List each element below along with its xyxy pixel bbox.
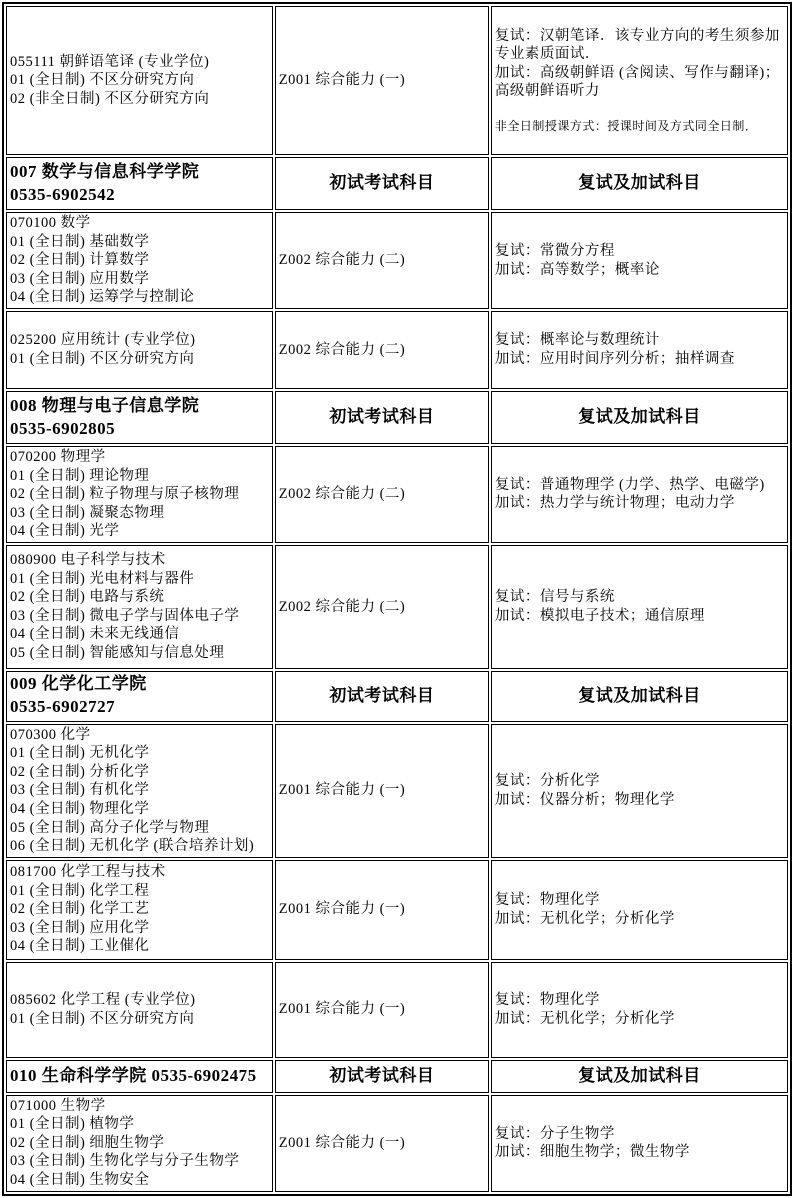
retest-cell: 复试：物理化学 加试：无机化学；分析化学: [491, 962, 788, 1058]
retest-cell: 复试：常微分方程 加试：高等数学；概率论: [491, 212, 788, 309]
exam-subject-cell: Z001 综合能力 (一): [275, 1095, 489, 1192]
program-cell: 070200 物理学 01 (全日制) 理论物理 02 (全日制) 粒子物理与原…: [6, 446, 273, 543]
retest-header-cell: 复试及加试科目: [491, 157, 788, 210]
exam-subject-cell: Z002 综合能力 (二): [275, 212, 489, 309]
college-name: 008 物理与电子信息学院: [10, 395, 269, 418]
retest-text: 复试：物理化学 加试：无机化学；分析化学: [495, 991, 784, 1028]
program-row: 025200 应用统计 (专业学位) 01 (全日制) 不区分研究方向 Z002…: [6, 311, 788, 389]
college-name: 007 数学与信息科学学院: [10, 161, 269, 184]
retest-cell: 复试：分子生物学 加试：细胞生物学；微生物学: [491, 1095, 788, 1192]
exam-subject-cell: Z002 综合能力 (二): [275, 545, 489, 669]
program-row: 055111 朝鲜语笔译 (专业学位) 01 (全日制) 不区分研究方向 02 …: [6, 6, 788, 155]
exam-subject-cell: Z001 综合能力 (一): [275, 860, 489, 960]
retest-text: 复试：汉朝笔译．该专业方向的考生须参加专业素质面试． 加试：高级朝鲜语 (含阅读…: [495, 27, 784, 101]
college-phone: 0535-6902542: [10, 184, 269, 207]
retest-text: 复试：普通物理学 (力学、热学、电磁学) 加试：热力学与统计物理；电动力学: [495, 476, 784, 513]
exam-subject-cell: Z002 综合能力 (二): [275, 446, 489, 543]
program-cell: 085602 化学工程 (专业学位) 01 (全日制) 不区分研究方向: [6, 962, 273, 1058]
retest-cell: 复试：分析化学 加试：仪器分析；物理化学: [491, 724, 788, 858]
exam-subject-cell: Z001 综合能力 (一): [275, 962, 489, 1058]
retest-header-cell: 复试及加试科目: [491, 671, 788, 722]
exam-header-cell: 初试考试科目: [275, 391, 489, 444]
program-cell: 025200 应用统计 (专业学位) 01 (全日制) 不区分研究方向: [6, 311, 273, 389]
retest-header-cell: 复试及加试科目: [491, 391, 788, 444]
program-cell: 070300 化学 01 (全日制) 无机化学 02 (全日制) 分析化学 03…: [6, 724, 273, 858]
retest-cell: 复试：信号与系统 加试：模拟电子技术；通信原理: [491, 545, 788, 669]
program-row: 070100 数学 01 (全日制) 基础数学 02 (全日制) 计算数学 03…: [6, 212, 788, 309]
retest-cell: 复试：物理化学 加试：无机化学；分析化学: [491, 860, 788, 960]
college-cell: 008 物理与电子信息学院 0535-6902805: [6, 391, 273, 444]
program-row: 070200 物理学 01 (全日制) 理论物理 02 (全日制) 粒子物理与原…: [6, 446, 788, 543]
program-cell: 081700 化学工程与技术 01 (全日制) 化学工程 02 (全日制) 化学…: [6, 860, 273, 960]
college-phone: 0535-6902727: [10, 696, 269, 719]
exam-header-cell: 初试考试科目: [275, 671, 489, 722]
college-phone: 0535-6902805: [10, 418, 269, 441]
retest-cell: 复试：普通物理学 (力学、热学、电磁学) 加试：热力学与统计物理；电动力学: [491, 446, 788, 543]
retest-text: 复试：信号与系统 加试：模拟电子技术；通信原理: [495, 588, 784, 625]
college-name: 010 生命科学学院 0535-6902475: [10, 1065, 269, 1088]
retest-note: 非全日制授课方式：授课时间及方式同全日制．: [495, 119, 784, 134]
college-cell: 007 数学与信息科学学院 0535-6902542: [6, 157, 273, 210]
retest-text: 复试：物理化学 加试：无机化学；分析化学: [495, 891, 784, 928]
program-cell: 071000 生物学 01 (全日制) 植物学 02 (全日制) 细胞生物学 0…: [6, 1095, 273, 1192]
exam-header-cell: 初试考试科目: [275, 1060, 489, 1093]
section-header-row: 007 数学与信息科学学院 0535-6902542 初试考试科目 复试及加试科…: [6, 157, 788, 210]
section-header-row: 010 生命科学学院 0535-6902475 初试考试科目 复试及加试科目: [6, 1060, 788, 1093]
exam-subject-cell: Z001 综合能力 (一): [275, 6, 489, 155]
retest-text: 复试：常微分方程 加试：高等数学；概率论: [495, 242, 784, 279]
exam-subject-cell: Z001 综合能力 (一): [275, 724, 489, 858]
retest-cell: 复试：汉朝笔译．该专业方向的考生须参加专业素质面试． 加试：高级朝鲜语 (含阅读…: [491, 6, 788, 155]
retest-cell: 复试：概率论与数理统计 加试：应用时间序列分析；抽样调查: [491, 311, 788, 389]
college-cell: 010 生命科学学院 0535-6902475: [6, 1060, 273, 1093]
section-header-row: 008 物理与电子信息学院 0535-6902805 初试考试科目 复试及加试科…: [6, 391, 788, 444]
program-row: 085602 化学工程 (专业学位) 01 (全日制) 不区分研究方向 Z001…: [6, 962, 788, 1058]
program-cell: 070100 数学 01 (全日制) 基础数学 02 (全日制) 计算数学 03…: [6, 212, 273, 309]
college-cell: 009 化学化工学院 0535-6902727: [6, 671, 273, 722]
program-cell: 055111 朝鲜语笔译 (专业学位) 01 (全日制) 不区分研究方向 02 …: [6, 6, 273, 155]
program-row: 070300 化学 01 (全日制) 无机化学 02 (全日制) 分析化学 03…: [6, 724, 788, 858]
retest-text: 复试：概率论与数理统计 加试：应用时间序列分析；抽样调查: [495, 331, 784, 368]
retest-header-cell: 复试及加试科目: [491, 1060, 788, 1093]
retest-text: 复试：分子生物学 加试：细胞生物学；微生物学: [495, 1125, 784, 1162]
program-row: 071000 生物学 01 (全日制) 植物学 02 (全日制) 细胞生物学 0…: [6, 1095, 788, 1192]
exam-header-cell: 初试考试科目: [275, 157, 489, 210]
exam-subject-cell: Z002 综合能力 (二): [275, 311, 489, 389]
admission-exam-table: 055111 朝鲜语笔译 (专业学位) 01 (全日制) 不区分研究方向 02 …: [2, 2, 792, 1196]
program-cell: 080900 电子科学与技术 01 (全日制) 光电材料与器件 02 (全日制)…: [6, 545, 273, 669]
college-name: 009 化学化工学院: [10, 673, 269, 696]
retest-text: 复试：分析化学 加试：仪器分析；物理化学: [495, 772, 784, 809]
section-header-row: 009 化学化工学院 0535-6902727 初试考试科目 复试及加试科目: [6, 671, 788, 722]
program-row: 081700 化学工程与技术 01 (全日制) 化学工程 02 (全日制) 化学…: [6, 860, 788, 960]
program-row: 080900 电子科学与技术 01 (全日制) 光电材料与器件 02 (全日制)…: [6, 545, 788, 669]
